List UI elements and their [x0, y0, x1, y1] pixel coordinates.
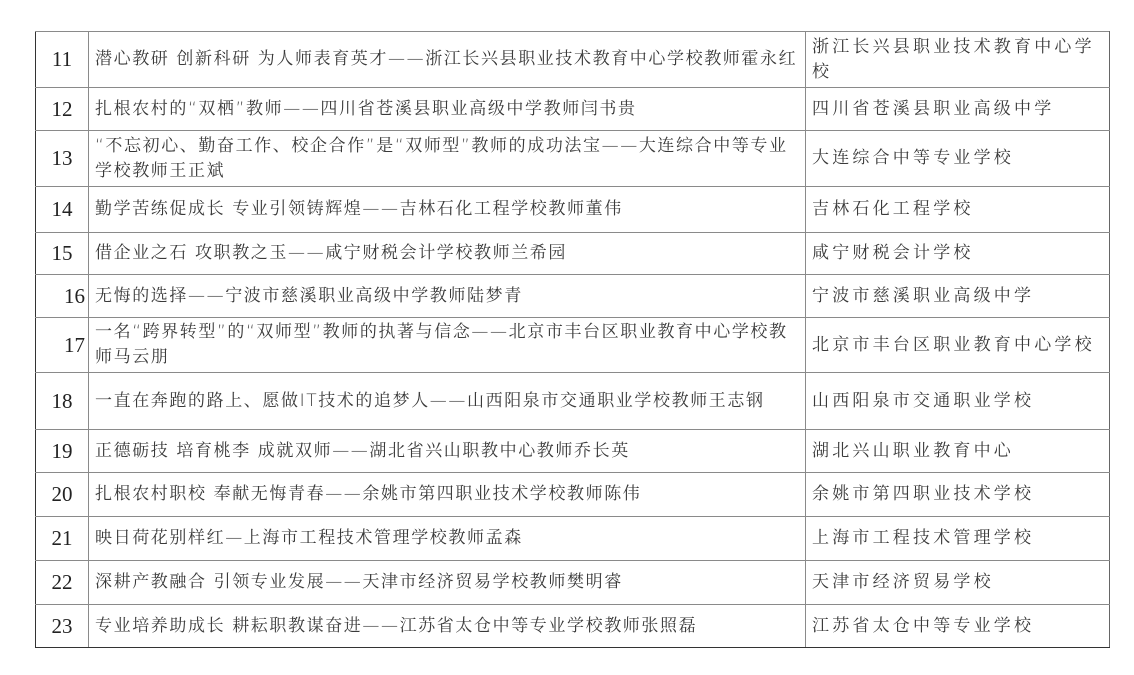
entry-school: 吉林石化工程学校: [806, 187, 1110, 233]
entry-title: 借企业之石 攻职教之玉——咸宁财税会计学校教师兰希园: [89, 233, 806, 275]
entry-school: 江苏省太仓中等专业学校: [806, 605, 1110, 648]
entry-title: 勤学苦练促成长 专业引领铸辉煌——吉林石化工程学校教师董伟: [89, 187, 806, 233]
entry-title: 深耕产教融合 引领专业发展——天津市经济贸易学校教师樊明睿: [89, 561, 806, 605]
row-number: 16: [36, 275, 89, 318]
entry-school: 湖北兴山职业教育中心: [806, 430, 1110, 473]
row-number: 19: [36, 430, 89, 473]
entry-school: 宁波市慈溪职业高级中学: [806, 275, 1110, 318]
table-row: 22 深耕产教融合 引领专业发展——天津市经济贸易学校教师樊明睿 天津市经济贸易…: [36, 561, 1110, 605]
table-row: 11 潜心教研 创新科研 为人师表育英才——浙江长兴县职业技术教育中心学校教师霍…: [36, 32, 1110, 88]
table-row: 21 映日荷花别样红—上海市工程技术管理学校教师孟森 上海市工程技术管理学校: [36, 517, 1110, 561]
entry-school: 余姚市第四职业技术学校: [806, 473, 1110, 517]
entry-title: 无悔的选择——宁波市慈溪职业高级中学教师陆梦青: [89, 275, 806, 318]
table-row: 12 扎根农村的“双栖”教师——四川省苍溪县职业高级中学教师闫书贵 四川省苍溪县…: [36, 88, 1110, 131]
row-number: 22: [36, 561, 89, 605]
entry-title: 潜心教研 创新科研 为人师表育英才——浙江长兴县职业技术教育中心学校教师霍永红: [89, 32, 806, 88]
row-number: 11: [36, 32, 89, 88]
entry-school: 大连综合中等专业学校: [806, 131, 1110, 187]
entry-title: 一名“跨界转型”的“双师型”教师的执著与信念——北京市丰台区职业教育中心学校教师…: [89, 318, 806, 373]
entry-title: 正德砺技 培育桃李 成就双师——湖北省兴山职教中心教师乔长英: [89, 430, 806, 473]
table-row: 13 “不忘初心、勤奋工作、校企合作”是“双师型”教师的成功法宝——大连综合中等…: [36, 131, 1110, 187]
row-number: 17: [36, 318, 89, 373]
entry-school: 浙江长兴县职业技术教育中心学校: [806, 32, 1110, 88]
row-number: 14: [36, 187, 89, 233]
awards-table: 11 潜心教研 创新科研 为人师表育英才——浙江长兴县职业技术教育中心学校教师霍…: [35, 31, 1110, 648]
entry-title: “不忘初心、勤奋工作、校企合作”是“双师型”教师的成功法宝——大连综合中等专业学…: [89, 131, 806, 187]
entry-title: 映日荷花别样红—上海市工程技术管理学校教师孟森: [89, 517, 806, 561]
entry-title: 扎根农村的“双栖”教师——四川省苍溪县职业高级中学教师闫书贵: [89, 88, 806, 131]
entry-title: 专业培养助成长 耕耘职教谋奋进——江苏省太仓中等专业学校教师张照磊: [89, 605, 806, 648]
table-row: 19 正德砺技 培育桃李 成就双师——湖北省兴山职教中心教师乔长英 湖北兴山职业…: [36, 430, 1110, 473]
row-number: 15: [36, 233, 89, 275]
table-row: 20 扎根农村职校 奉献无悔青春——余姚市第四职业技术学校教师陈伟 余姚市第四职…: [36, 473, 1110, 517]
row-number: 18: [36, 373, 89, 430]
entry-school: 山西阳泉市交通职业学校: [806, 373, 1110, 430]
row-number: 23: [36, 605, 89, 648]
table-row: 18 一直在奔跑的路上、愿做IT技术的追梦人——山西阳泉市交通职业学校教师王志钢…: [36, 373, 1110, 430]
table-row: 15 借企业之石 攻职教之玉——咸宁财税会计学校教师兰希园 咸宁财税会计学校: [36, 233, 1110, 275]
table-row: 23 专业培养助成长 耕耘职教谋奋进——江苏省太仓中等专业学校教师张照磊 江苏省…: [36, 605, 1110, 648]
row-number: 21: [36, 517, 89, 561]
entry-title: 一直在奔跑的路上、愿做IT技术的追梦人——山西阳泉市交通职业学校教师王志钢: [89, 373, 806, 430]
entry-title: 扎根农村职校 奉献无悔青春——余姚市第四职业技术学校教师陈伟: [89, 473, 806, 517]
table-body: 11 潜心教研 创新科研 为人师表育英才——浙江长兴县职业技术教育中心学校教师霍…: [36, 32, 1110, 648]
table-row: 17 一名“跨界转型”的“双师型”教师的执著与信念——北京市丰台区职业教育中心学…: [36, 318, 1110, 373]
entry-school: 咸宁财税会计学校: [806, 233, 1110, 275]
entry-school: 四川省苍溪县职业高级中学: [806, 88, 1110, 131]
row-number: 12: [36, 88, 89, 131]
entry-school: 天津市经济贸易学校: [806, 561, 1110, 605]
table-row: 16 无悔的选择——宁波市慈溪职业高级中学教师陆梦青 宁波市慈溪职业高级中学: [36, 275, 1110, 318]
entry-school: 上海市工程技术管理学校: [806, 517, 1110, 561]
row-number: 20: [36, 473, 89, 517]
table-row: 14 勤学苦练促成长 专业引领铸辉煌——吉林石化工程学校教师董伟 吉林石化工程学…: [36, 187, 1110, 233]
entry-school: 北京市丰台区职业教育中心学校: [806, 318, 1110, 373]
row-number: 13: [36, 131, 89, 187]
